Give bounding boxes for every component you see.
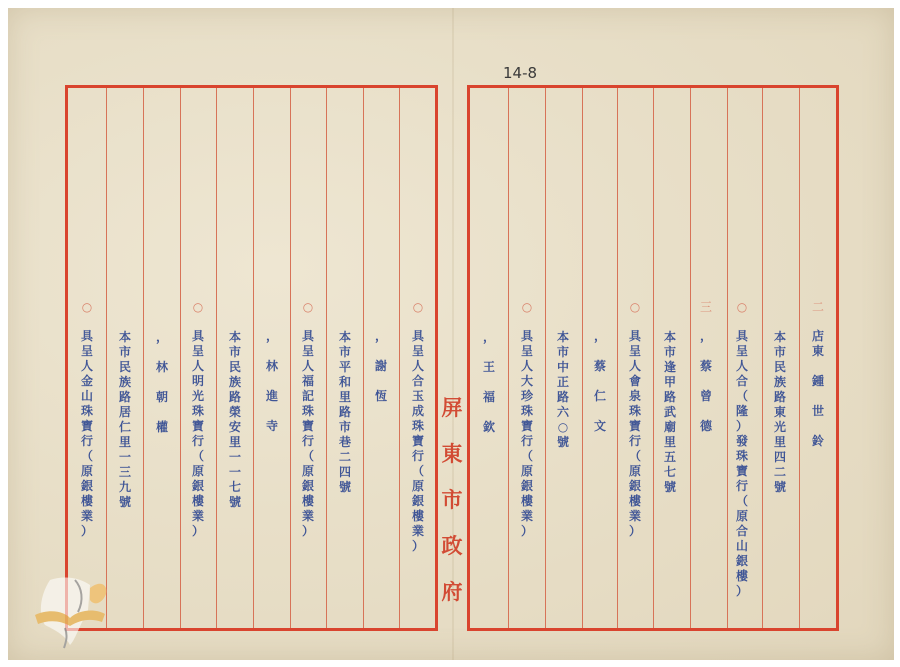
left-panel-column: ○具呈人明光珠寶行（原銀樓業） bbox=[183, 300, 213, 539]
column-char: 中 bbox=[557, 360, 569, 375]
column-char: 業 bbox=[302, 509, 314, 524]
column-char: 本 bbox=[229, 330, 241, 345]
column-char bbox=[160, 375, 164, 390]
column-char: 寶 bbox=[412, 434, 424, 449]
column-char: 號 bbox=[557, 435, 569, 450]
column-char: 發 bbox=[736, 434, 748, 449]
column-char: 鈴 bbox=[812, 434, 824, 449]
column-char bbox=[598, 374, 602, 389]
column-char: （ bbox=[736, 494, 748, 509]
column-char: 具 bbox=[629, 329, 641, 344]
column-rule bbox=[617, 88, 618, 628]
column-char: 路 bbox=[774, 390, 786, 405]
column-char: ） bbox=[81, 524, 93, 539]
column-char: 銀 bbox=[736, 554, 748, 569]
column-char: 珠 bbox=[192, 404, 204, 419]
column-char: 四 bbox=[339, 465, 351, 480]
column-char: 寺 bbox=[266, 419, 278, 434]
column-char: ） bbox=[412, 539, 424, 554]
column-char: 樓 bbox=[521, 494, 533, 509]
column-char: 德 bbox=[700, 419, 712, 434]
column-char: 合 bbox=[412, 374, 424, 389]
column-char: 人 bbox=[412, 359, 424, 374]
column-char: ） bbox=[302, 524, 314, 539]
column-char: 本 bbox=[664, 330, 676, 345]
column-char: 呈 bbox=[521, 344, 533, 359]
column-char bbox=[816, 419, 820, 434]
column-rule bbox=[653, 88, 654, 628]
column-char: 本 bbox=[774, 330, 786, 345]
column-char: 號 bbox=[339, 480, 351, 495]
column-char bbox=[270, 344, 274, 359]
column-char: （ bbox=[81, 449, 93, 464]
column-char bbox=[598, 344, 602, 359]
column-char: 樓 bbox=[192, 494, 204, 509]
column-char: 九 bbox=[119, 480, 131, 495]
column-char: 行 bbox=[736, 479, 748, 494]
column-rule bbox=[508, 88, 509, 628]
column-char bbox=[487, 405, 491, 420]
column-rule bbox=[180, 88, 181, 628]
column-char: 具 bbox=[736, 329, 748, 344]
column-char: 珍 bbox=[521, 389, 533, 404]
column-rule bbox=[143, 88, 144, 628]
column-char: 欽 bbox=[483, 420, 495, 435]
column-char: 具 bbox=[192, 329, 204, 344]
column-char: 寶 bbox=[736, 464, 748, 479]
column-char bbox=[160, 405, 164, 420]
column-char: 樓 bbox=[302, 494, 314, 509]
column-char: 路 bbox=[557, 390, 569, 405]
column-char: 具 bbox=[81, 329, 93, 344]
column-char: （ bbox=[629, 449, 641, 464]
column-char: 珠 bbox=[521, 404, 533, 419]
column-char: 進 bbox=[266, 389, 278, 404]
column-char: 人 bbox=[302, 359, 314, 374]
column-char: 一 bbox=[229, 465, 241, 480]
column-char: 里 bbox=[339, 390, 351, 405]
column-char: 三 bbox=[119, 465, 131, 480]
column-mark bbox=[598, 300, 602, 315]
column-char: 逢 bbox=[664, 360, 676, 375]
column-char: 大 bbox=[521, 374, 533, 389]
column-char: 族 bbox=[119, 375, 131, 390]
column-rule bbox=[545, 88, 546, 628]
column-char: 原 bbox=[521, 464, 533, 479]
column-rule bbox=[582, 88, 583, 628]
column-char: 四 bbox=[774, 450, 786, 465]
column-char: 福 bbox=[483, 390, 495, 405]
page-number: 14-8 bbox=[503, 64, 537, 82]
column-char: 樓 bbox=[81, 494, 93, 509]
column-char: 福 bbox=[302, 374, 314, 389]
column-char: 武 bbox=[664, 405, 676, 420]
left-panel-column: 本市民族路榮安里一一七號 bbox=[220, 330, 250, 510]
column-char: 業 bbox=[81, 509, 93, 524]
column-char: ○ bbox=[558, 420, 568, 435]
column-char: ） bbox=[521, 524, 533, 539]
column-mark: ○ bbox=[413, 300, 423, 315]
column-char: 鍾 bbox=[812, 374, 824, 389]
column-char: 朝 bbox=[156, 390, 168, 405]
column-char: 平 bbox=[339, 360, 351, 375]
column-rule bbox=[106, 88, 107, 628]
column-char: 族 bbox=[229, 375, 241, 390]
column-char: 合 bbox=[736, 374, 748, 389]
column-char: 寶 bbox=[192, 419, 204, 434]
column-char: 路 bbox=[119, 390, 131, 405]
column-char: 光 bbox=[774, 420, 786, 435]
column-char: 王 bbox=[483, 360, 495, 375]
right-panel-column: ○具呈人會泉珠寶行（原銀樓業） bbox=[620, 300, 650, 539]
left-panel-column: ○具呈人福記珠寶行（原銀樓業） bbox=[293, 300, 323, 539]
column-char: ， bbox=[483, 330, 495, 345]
column-char: 市 bbox=[664, 345, 676, 360]
column-rule bbox=[290, 88, 291, 628]
column-char: 市 bbox=[119, 345, 131, 360]
column-char: 業 bbox=[629, 509, 641, 524]
column-char: 市 bbox=[557, 345, 569, 360]
column-char: 明 bbox=[192, 374, 204, 389]
column-char bbox=[816, 359, 820, 374]
left-panel-column: ○具呈人金山珠寶行（原銀樓業） bbox=[72, 300, 102, 539]
column-char: 里 bbox=[774, 435, 786, 450]
column-char: 族 bbox=[774, 375, 786, 390]
column-char: 世 bbox=[812, 404, 824, 419]
column-rule bbox=[363, 88, 364, 628]
column-char: 安 bbox=[229, 420, 241, 435]
column-char: 寶 bbox=[629, 419, 641, 434]
left-panel-column: ○具呈人合玉成珠寶行（原銀樓業） bbox=[403, 300, 433, 554]
column-mark: ○ bbox=[82, 300, 92, 315]
column-rule bbox=[326, 88, 327, 628]
column-char: （ bbox=[412, 464, 424, 479]
column-char: 泉 bbox=[629, 389, 641, 404]
column-char: 路 bbox=[339, 405, 351, 420]
column-char: 原 bbox=[736, 509, 748, 524]
right-panel-column: 本市民族路東光里四二號 bbox=[765, 330, 795, 495]
right-panel-column: 二店東 鍾 世 鈴 bbox=[803, 300, 833, 449]
column-char: 人 bbox=[521, 359, 533, 374]
column-char: ， bbox=[700, 329, 712, 344]
column-char: 業 bbox=[521, 509, 533, 524]
column-char bbox=[270, 374, 274, 389]
column-char: 七 bbox=[664, 465, 676, 480]
column-char: 本 bbox=[119, 330, 131, 345]
gutter-char: 市 bbox=[442, 477, 463, 523]
column-char: 榮 bbox=[229, 405, 241, 420]
column-mark: ○ bbox=[303, 300, 313, 315]
column-char: 人 bbox=[736, 359, 748, 374]
column-char: 民 bbox=[229, 360, 241, 375]
column-char: 成 bbox=[412, 404, 424, 419]
column-char: 銀 bbox=[302, 479, 314, 494]
column-mark: ○ bbox=[737, 300, 747, 315]
column-char: ） bbox=[736, 584, 748, 599]
column-char: 東 bbox=[774, 405, 786, 420]
column-char: 會 bbox=[629, 374, 641, 389]
column-char: 銀 bbox=[412, 494, 424, 509]
column-char: 市 bbox=[774, 345, 786, 360]
column-char: 山 bbox=[81, 389, 93, 404]
column-rule bbox=[399, 88, 400, 628]
column-char bbox=[704, 374, 708, 389]
column-char: 行 bbox=[412, 449, 424, 464]
column-char: 原 bbox=[81, 464, 93, 479]
column-char: 呈 bbox=[736, 344, 748, 359]
column-char: 金 bbox=[81, 374, 93, 389]
column-char bbox=[704, 344, 708, 359]
column-char: 行 bbox=[302, 434, 314, 449]
column-char bbox=[270, 404, 274, 419]
left-panel-column: 本市民族路居仁里一三九號 bbox=[110, 330, 140, 510]
column-char: 林 bbox=[266, 359, 278, 374]
right-panel-column: ○具呈人大珍珠寶行（原銀樓業） bbox=[512, 300, 542, 539]
column-char: 原 bbox=[192, 464, 204, 479]
column-char: 七 bbox=[229, 480, 241, 495]
column-char: 呈 bbox=[412, 344, 424, 359]
column-char: ， bbox=[594, 329, 606, 344]
column-char: 行 bbox=[521, 434, 533, 449]
column-char: ， bbox=[375, 329, 387, 344]
column-char: 樓 bbox=[412, 509, 424, 524]
column-char: 山 bbox=[736, 539, 748, 554]
column-rule bbox=[762, 88, 763, 628]
column-char: 樓 bbox=[629, 494, 641, 509]
column-char: 寶 bbox=[81, 419, 93, 434]
column-char: 仁 bbox=[594, 389, 606, 404]
left-panel-column: 本市平和里路市巷二四號 bbox=[330, 330, 360, 495]
column-char: 林 bbox=[156, 360, 168, 375]
column-char: 一 bbox=[119, 450, 131, 465]
column-char bbox=[816, 389, 820, 404]
gutter-char: 政 bbox=[442, 523, 463, 569]
column-rule bbox=[216, 88, 217, 628]
column-char: 六 bbox=[557, 405, 569, 420]
column-char: 樓 bbox=[736, 569, 748, 584]
column-char: 巷 bbox=[339, 435, 351, 450]
column-mark bbox=[379, 300, 383, 315]
right-panel-column: ， 王 福 欽 bbox=[474, 330, 504, 435]
column-char: 隆 bbox=[736, 404, 748, 419]
column-char: 人 bbox=[81, 359, 93, 374]
column-char bbox=[160, 345, 164, 360]
column-char: 記 bbox=[302, 389, 314, 404]
column-char: 里 bbox=[664, 435, 676, 450]
column-char: ， bbox=[266, 329, 278, 344]
column-char: 具 bbox=[302, 329, 314, 344]
left-panel-column: ， 謝 恆 bbox=[366, 300, 396, 404]
column-char: 曾 bbox=[700, 389, 712, 404]
column-char: 人 bbox=[629, 359, 641, 374]
column-mark: 二 bbox=[812, 300, 824, 315]
left-panel-column: ， 林 朝 權 bbox=[147, 330, 177, 435]
column-char: 仁 bbox=[119, 420, 131, 435]
column-char: 廟 bbox=[664, 420, 676, 435]
right-panel-column: 本市逢甲路武廟里五七號 bbox=[655, 330, 685, 495]
column-char: 五 bbox=[664, 450, 676, 465]
column-char: 里 bbox=[229, 435, 241, 450]
column-char: 行 bbox=[81, 434, 93, 449]
column-char bbox=[487, 345, 491, 360]
column-char: 呈 bbox=[302, 344, 314, 359]
right-panel-column: 三， 蔡 曾 德 bbox=[691, 300, 721, 434]
column-mark: 三 bbox=[700, 300, 712, 315]
column-char: 民 bbox=[774, 360, 786, 375]
gutter-char: 東 bbox=[442, 431, 463, 477]
column-char: （ bbox=[302, 449, 314, 464]
column-char: 里 bbox=[119, 435, 131, 450]
column-mark: ○ bbox=[522, 300, 532, 315]
column-char: 銀 bbox=[629, 479, 641, 494]
column-char: ） bbox=[629, 524, 641, 539]
column-char: 玉 bbox=[412, 389, 424, 404]
column-char bbox=[379, 344, 383, 359]
column-char: 珠 bbox=[81, 404, 93, 419]
column-char: ） bbox=[736, 419, 748, 434]
column-char: 呈 bbox=[192, 344, 204, 359]
column-char: 本 bbox=[339, 330, 351, 345]
column-char: 珠 bbox=[629, 404, 641, 419]
column-char bbox=[704, 404, 708, 419]
column-char: （ bbox=[521, 449, 533, 464]
left-panel-column: ， 林 進 寺 bbox=[257, 300, 287, 434]
column-char: 原 bbox=[302, 464, 314, 479]
column-char: 二 bbox=[774, 465, 786, 480]
column-char: 市 bbox=[339, 420, 351, 435]
column-char: 權 bbox=[156, 420, 168, 435]
column-char: 行 bbox=[629, 434, 641, 449]
column-mark: ○ bbox=[193, 300, 203, 315]
column-char: 本 bbox=[557, 330, 569, 345]
column-char: 業 bbox=[412, 524, 424, 539]
gutter-char: 府 bbox=[442, 569, 463, 615]
gutter-title-屏東市政府: 屏 東 市 政 府 bbox=[437, 385, 467, 615]
column-char bbox=[598, 404, 602, 419]
column-char: 人 bbox=[192, 359, 204, 374]
column-char: 原 bbox=[412, 479, 424, 494]
column-char: 蔡 bbox=[700, 359, 712, 374]
archive-logo-icon bbox=[20, 570, 120, 650]
column-mark bbox=[270, 300, 274, 315]
column-char: 具 bbox=[521, 329, 533, 344]
column-char bbox=[379, 374, 383, 389]
column-char: 號 bbox=[774, 480, 786, 495]
column-char: 甲 bbox=[664, 375, 676, 390]
column-char: ， bbox=[156, 330, 168, 345]
column-char: （ bbox=[192, 449, 204, 464]
column-char: 業 bbox=[192, 509, 204, 524]
column-char: 呈 bbox=[629, 344, 641, 359]
column-char: 一 bbox=[229, 450, 241, 465]
column-char: 光 bbox=[192, 389, 204, 404]
column-char: 號 bbox=[229, 495, 241, 510]
column-rule bbox=[799, 88, 800, 628]
column-char: 蔡 bbox=[594, 359, 606, 374]
column-char: 和 bbox=[339, 375, 351, 390]
column-char: 號 bbox=[119, 495, 131, 510]
column-char: 正 bbox=[557, 375, 569, 390]
column-char: 文 bbox=[594, 419, 606, 434]
right-panel-column: ○具呈人合（隆）發珠寶行（原合山銀樓） bbox=[727, 300, 757, 599]
column-char: 東 bbox=[812, 344, 824, 359]
column-mark: ○ bbox=[630, 300, 640, 315]
column-char: 謝 bbox=[375, 359, 387, 374]
column-char: 民 bbox=[119, 360, 131, 375]
column-char: ） bbox=[192, 524, 204, 539]
column-char: 銀 bbox=[81, 479, 93, 494]
column-char: 市 bbox=[339, 345, 351, 360]
column-char: 路 bbox=[664, 390, 676, 405]
column-rule bbox=[253, 88, 254, 628]
column-char: 二 bbox=[339, 450, 351, 465]
column-char: 珠 bbox=[736, 449, 748, 464]
column-char: （ bbox=[736, 389, 748, 404]
column-char: 行 bbox=[192, 434, 204, 449]
column-char: 珠 bbox=[412, 419, 424, 434]
column-char: 原 bbox=[629, 464, 641, 479]
column-char: 合 bbox=[736, 524, 748, 539]
column-char: 恆 bbox=[375, 389, 387, 404]
column-char: 珠 bbox=[302, 404, 314, 419]
column-char: 店 bbox=[812, 329, 824, 344]
right-panel-column: ， 蔡 仁 文 bbox=[585, 300, 615, 434]
column-char: 銀 bbox=[521, 479, 533, 494]
column-char bbox=[487, 375, 491, 390]
column-char: 銀 bbox=[192, 479, 204, 494]
right-panel-column: 本市中正路六○號 bbox=[548, 330, 578, 450]
column-char: 號 bbox=[664, 480, 676, 495]
column-char: 具 bbox=[412, 329, 424, 344]
column-char: 居 bbox=[119, 405, 131, 420]
column-char: 市 bbox=[229, 345, 241, 360]
column-char: 路 bbox=[229, 390, 241, 405]
column-char: 呈 bbox=[81, 344, 93, 359]
gutter-char: 屏 bbox=[442, 385, 463, 431]
column-char: 寶 bbox=[521, 419, 533, 434]
column-char: 寶 bbox=[302, 419, 314, 434]
